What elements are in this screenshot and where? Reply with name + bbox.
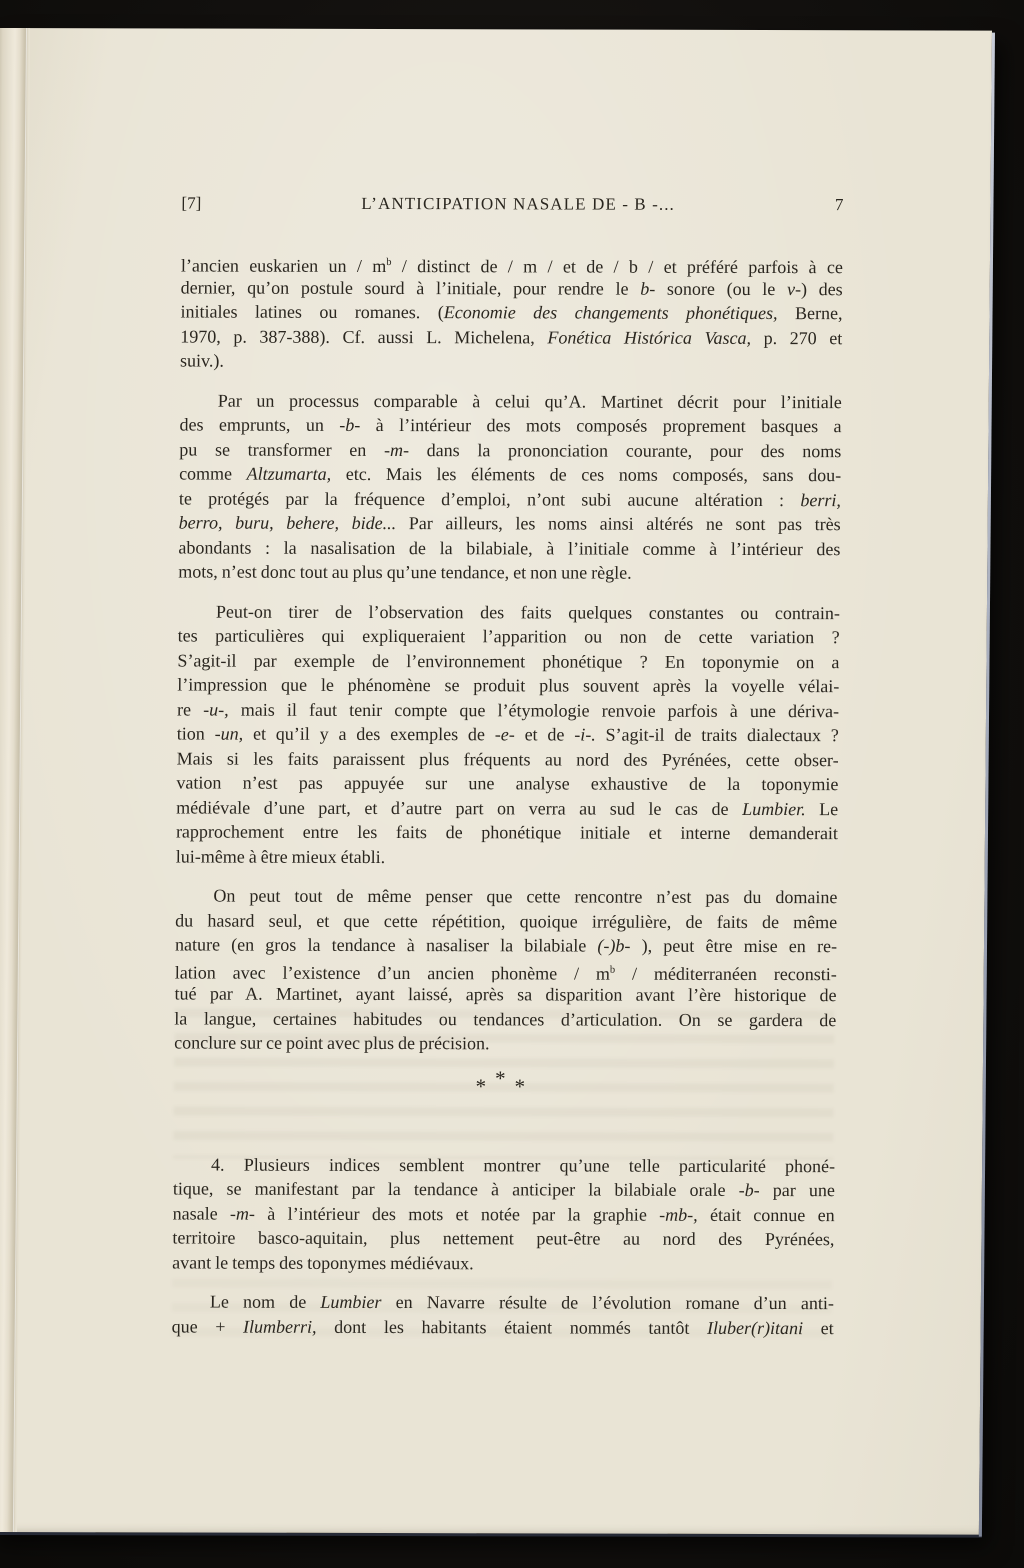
text-line: initiales latines ou romanes. (Economie … xyxy=(180,299,842,325)
text-line: que + Ilumberri, dont les habitants étai… xyxy=(172,1314,834,1340)
text-block: l’ancien euskarien un / mb / distinct de… xyxy=(172,250,843,1340)
text-line: Mais si les faits paraissent plus fréque… xyxy=(177,746,839,772)
text-line: tique, se manifestant par la tendance à … xyxy=(173,1176,835,1202)
paragraph: Peut-on tirer de l’observation des faits… xyxy=(176,599,840,870)
text-line: On peut tout de même penser que cette re… xyxy=(175,883,837,909)
text-line: S’agit-il par exemple de l’environnement… xyxy=(177,648,839,674)
header-page-number: 7 xyxy=(835,195,844,215)
text-line: Le nom de Lumbier en Navarre résulte de … xyxy=(172,1289,834,1315)
text-line: pu se transformer en -m- dans la prononc… xyxy=(179,437,841,463)
paragraph: l’ancien euskarien un / mb / distinct de… xyxy=(180,250,843,374)
text-line: nature (en gros la tendance à nasaliser … xyxy=(175,932,837,958)
paragraph: Par un processus comparable à celui qu’A… xyxy=(178,388,842,586)
text-line: lation avec l’existence d’un ancien phon… xyxy=(175,957,837,983)
text-line: abondants : la nasalisation de la bilabi… xyxy=(178,535,840,561)
text-line: re -u-, mais il faut tenir compte que l’… xyxy=(177,697,839,723)
text-line: vation n’est pas appuyée sur une analyse… xyxy=(176,770,838,796)
text-line: avant le temps des toponymes médiévaux. xyxy=(172,1250,834,1276)
separator-star: * xyxy=(495,1066,515,1091)
page-gutter-edge xyxy=(0,28,30,1532)
text-line: médiévale d’une part, et d’autre part on… xyxy=(176,795,838,821)
text-line: nasale -m- à l’intérieur des mots et not… xyxy=(173,1201,835,1227)
paragraph: 4. Plusieurs indices semblent montrer qu… xyxy=(172,1152,835,1276)
text-line: du hasard seul, et que cette répétition,… xyxy=(175,908,837,934)
section-separator: *** xyxy=(174,1073,836,1099)
text-line: l’ancien euskarien un / mb / distinct de… xyxy=(181,250,843,276)
text-line: territoire basco-aquitain, plus nettemen… xyxy=(172,1225,834,1251)
text-line: tué par A. Martinet, ayant laissé, après… xyxy=(174,981,836,1007)
text-line: 4. Plusieurs indices semblent montrer qu… xyxy=(173,1152,835,1178)
text-line: comme Altzumarta, etc. Mais les éléments… xyxy=(179,461,841,487)
paragraph: On peut tout de même penser que cette re… xyxy=(174,883,837,1056)
book-page: [7] L’ANTICIPATION NASALE DE - B -... 7 … xyxy=(0,28,992,1535)
text-line: Par un processus comparable à celui qu’A… xyxy=(180,388,842,414)
text-line: l’impression que le phénomène se produit… xyxy=(177,672,839,698)
text-line: 1970, p. 387-388). Cf. aussi L. Michelen… xyxy=(180,324,842,350)
text-line: mots, n’est donc tout au plus qu’une ten… xyxy=(178,559,840,585)
text-line: tion -un, et qu’il y a des exemples de -… xyxy=(177,721,839,747)
text-line: berro, buru, behere, bide... Par ailleur… xyxy=(179,510,841,536)
paragraph: Le nom de Lumbier en Navarre résulte de … xyxy=(172,1289,834,1340)
text-line: tes particulières qui expliqueraient l’a… xyxy=(178,623,840,649)
running-header: [7] L’ANTICIPATION NASALE DE - B -... 7 xyxy=(181,193,843,215)
separator-star: * xyxy=(475,1074,495,1099)
header-bracket-folio: [7] xyxy=(181,193,201,213)
text-line: des emprunts, un -b- à l’intérieur des m… xyxy=(179,412,841,438)
header-title: L’ANTICIPATION NASALE DE - B -... xyxy=(361,194,675,215)
separator-star: * xyxy=(514,1074,534,1099)
text-line: te protégés par la fréquence d’emploi, n… xyxy=(179,486,841,512)
text-line: dernier, qu’on postule sourd à l’initial… xyxy=(181,275,843,301)
text-line: rapprochement entre les faits de phonéti… xyxy=(176,819,838,845)
text-line: conclure sur ce point avec plus de préci… xyxy=(174,1030,836,1056)
text-line: Peut-on tirer de l’observation des faits… xyxy=(178,599,840,625)
text-line: suiv.). xyxy=(180,348,842,374)
text-line: lui-même à être mieux établi. xyxy=(176,844,838,870)
text-line: la langue, certaines habitudes ou tendan… xyxy=(174,1006,836,1032)
